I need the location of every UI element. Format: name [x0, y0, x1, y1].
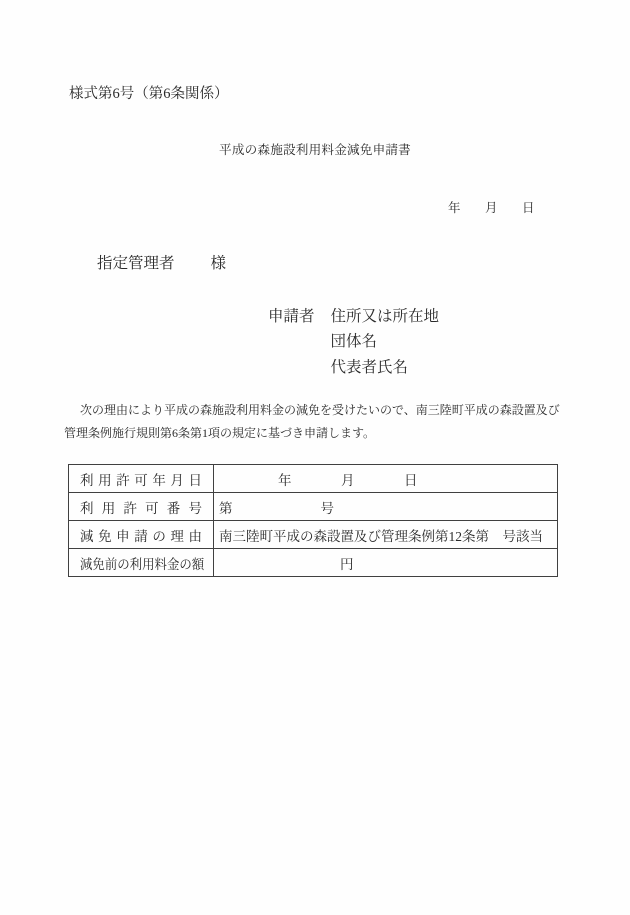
row-label-fee-before-reduction-text: 減免前の利用料金の額 [80, 553, 204, 573]
addressee-line: 指定管理者様 [97, 251, 226, 273]
row-value-permit-number: 第号 [214, 493, 558, 521]
body-paragraph: 次の理由により平成の森施設利用料金の減免を受けたいので、南三陸町平成の森設置及び… [64, 399, 566, 445]
row-label-fee-before-reduction: 減免前の利用料金の額 [69, 549, 214, 577]
applicant-field-address: 住所又は所在地 [331, 304, 440, 329]
row-label-reduction-reason: 減免申請の理由 [69, 521, 214, 549]
permit-number-suffix: 号 [321, 501, 335, 516]
applicant-field-organization: 団体名 [331, 329, 440, 354]
applicant-label: 申請者 [268, 304, 315, 329]
date-placeholder-line: 年 月 日 [448, 198, 541, 216]
form-number: 様式第6号（第6条関係） [69, 82, 229, 103]
row-label-permit-number: 利用許可番号 [69, 493, 214, 521]
applicant-field-representative: 代表者氏名 [331, 355, 440, 380]
permit-number-prefix: 第 [219, 501, 233, 516]
addressee-honorific: 様 [211, 255, 227, 272]
table-row-fee-before-reduction: 減免前の利用料金の額 円 [69, 549, 558, 577]
table-row-permit-number: 利用許可番号 第号 [69, 493, 558, 521]
row-label-permit-date: 利用許可年月日 [69, 465, 214, 493]
document-page: 様式第6号（第6条関係） 平成の森施設利用料金減免申請書 年 月 日 指定管理者… [0, 0, 630, 915]
table-row-reduction-reason: 減免申請の理由 南三陸町平成の森設置及び管理条例第12条第 号該当 [69, 521, 558, 549]
row-value-reduction-reason: 南三陸町平成の森設置及び管理条例第12条第 号該当 [214, 521, 558, 549]
body-paragraph-line-2: 管理条例施行規則第6条第1項の規定に基づき申請します。 [64, 422, 566, 445]
row-value-fee-before-reduction: 円 [214, 549, 558, 577]
addressee-label: 指定管理者 [97, 255, 175, 272]
table-row-permit-date: 利用許可年月日 年 月 日 [69, 465, 558, 493]
document-title: 平成の森施設利用料金減免申請書 [0, 139, 630, 158]
applicant-block: 申請者 住所又は所在地 団体名 代表者氏名 [268, 304, 439, 380]
row-value-permit-date: 年 月 日 [214, 465, 558, 493]
body-paragraph-line-1: 次の理由により平成の森施設利用料金の減免を受けたいので、南三陸町平成の森設置及び [64, 399, 566, 422]
fee-reduction-table: 利用許可年月日 年 月 日 利用許可番号 第号 減免申請の理由 南三陸町平成の森… [68, 464, 558, 577]
applicant-fields: 住所又は所在地 団体名 代表者氏名 [331, 304, 440, 380]
